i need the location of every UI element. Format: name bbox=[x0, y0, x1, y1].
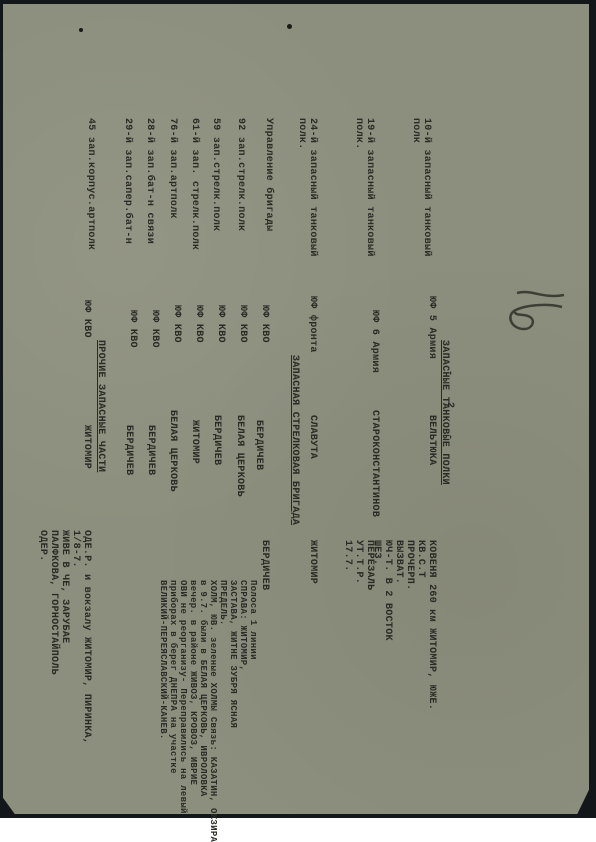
rifle-unit-4: 61-й зап. стрелк.полк bbox=[189, 118, 200, 250]
tank-notes-3: ЖИТОМИР bbox=[307, 540, 318, 584]
rifle-location-4: ЖИТОМИР bbox=[189, 420, 200, 464]
other-subord-1: ЮФ КВО bbox=[81, 300, 92, 338]
rifle-subord-7: ЮФ КВО bbox=[127, 310, 138, 348]
ink-spot bbox=[79, 28, 83, 32]
rifle-unit-1: Управление бригады bbox=[263, 118, 274, 231]
rifle-location-5: БЕЛАЯ ЦЕРКОВЬ bbox=[167, 410, 178, 492]
rifle-location-2: БЕЛАЯ ЦЕРКОВЬ bbox=[234, 415, 245, 497]
tank-subord-1: ЮФ 5 Армия bbox=[426, 296, 437, 359]
rifle-subord-5: ЮФ КВО bbox=[171, 305, 182, 343]
tank-unit-2: 19-й запасный танковый полк. bbox=[353, 118, 375, 257]
rifle-unit-5: 76-й зап.артполк bbox=[167, 118, 178, 219]
rifle-unit-3: 59 зап.стрелк.полк bbox=[210, 118, 221, 231]
tank-notes-1: КОВЕНЯ 260 км ЖИТОМИР, ЮЖЕ. КВ.С.Т ПРОЧЕ… bbox=[371, 540, 437, 710]
tank-unit-1: 10-й запасный танковый полк bbox=[410, 118, 432, 257]
rifle-subord-4: ЮФ КВО bbox=[193, 305, 204, 343]
tank-subord-3: ЮФ фронта bbox=[307, 296, 318, 353]
tank-notes-2: ПЕРЕЗАЛЬ УТ.Т.Р. 17.7. bbox=[342, 540, 375, 590]
ink-spot bbox=[287, 24, 292, 29]
rifle-subord-6: ЮФ КВО bbox=[149, 310, 160, 348]
rifle-notes-block: Полоса 1 линии СПРАВА: ЖИТОМИР, ЗАСТАВА,… bbox=[158, 580, 258, 842]
tank-location-3: СЛАВУТА bbox=[307, 415, 318, 459]
rifle-location-7: БЕРДИЧЕВ bbox=[123, 425, 134, 475]
rifle-unit-6: 28-й зап.бат-н связи bbox=[144, 118, 155, 244]
handwritten-page-number bbox=[502, 285, 572, 345]
other-location-1: ЖИТОМИР bbox=[81, 425, 92, 469]
handwritten-16-icon bbox=[502, 285, 572, 345]
section-title-rifle: ЗАПАСНАЯ СТРЕЛКОВАЯ БРИГАДА bbox=[289, 355, 300, 525]
rifle-location-3: БЕРДИЧЕВ bbox=[211, 415, 222, 465]
other-unit-1: 45 зап.корпус.артполк bbox=[85, 118, 96, 250]
other-notes-1: ОДЕ.Р. и вокзалу ЖИТОМИР, ПИРИНКА, 1/8-7… bbox=[37, 530, 92, 744]
rifle-subord-1: ЮФ КВО bbox=[259, 305, 270, 343]
tank-subord-2: ЮФ 6 Армия bbox=[369, 310, 380, 373]
section-title-tank: ЗАПАСНЫЕ ТАНКОВЫЕ ПОЛКИ bbox=[439, 340, 450, 485]
rifle-location-1: БЕРДИЧЕВ bbox=[253, 420, 264, 470]
tank-location-2: СТАРОКОНСТАНТИНОВ bbox=[369, 410, 380, 517]
rifle-unit-7: 29-й зап.сапер.бат-н bbox=[122, 118, 133, 244]
tank-location-1: ВЕЛЬТЮКА bbox=[426, 415, 437, 465]
section-title-other: ПРОЧИЕ ЗАПАСНЫЕ ЧАСТИ bbox=[95, 340, 106, 472]
tank-unit-3: 24-й запасный танковый полк. bbox=[296, 118, 318, 257]
rifle-unit-2: 92 зап.стрелк.полк bbox=[235, 118, 246, 231]
rifle-notes-1: БЕРДИЧЕВ bbox=[259, 540, 270, 590]
rifle-location-6: БЕРДИЧЕВ bbox=[145, 425, 156, 475]
rifle-subord-3: ЮФ КВО bbox=[215, 305, 226, 343]
rifle-subord-2: ЮФ КВО bbox=[237, 305, 248, 343]
